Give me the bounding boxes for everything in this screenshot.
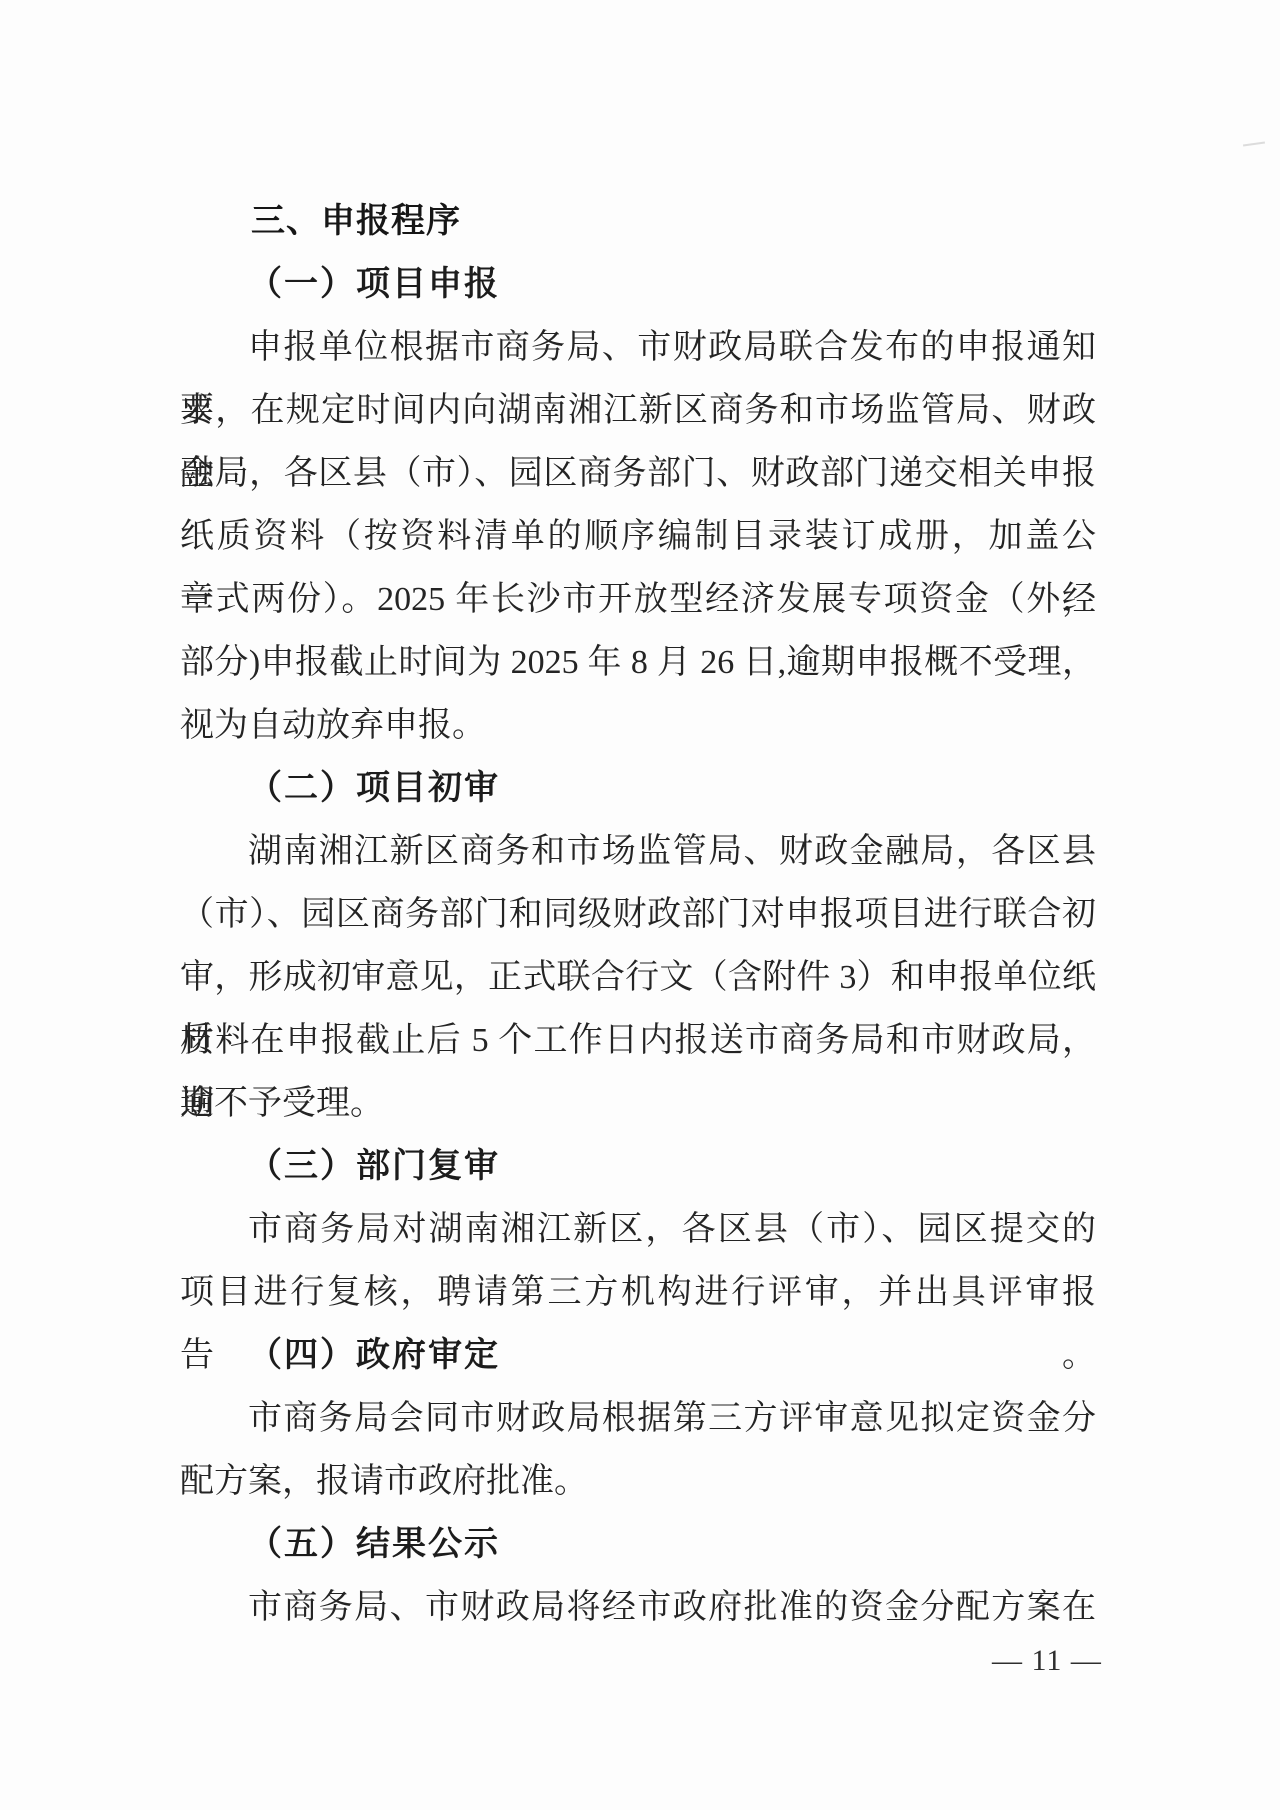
body-text-line: 视为自动放弃申报。: [180, 694, 1096, 757]
subsection-heading-2: （二）项目初审: [180, 757, 1096, 820]
body-text-line: 市商务局会同市财政局根据第三方评审意见拟定资金分: [180, 1387, 1096, 1450]
body-text-line: 湖南湘江新区商务和市场监管局、财政金融局，各区县: [180, 820, 1096, 883]
subsection-heading-3: （三）部门复审: [180, 1135, 1096, 1198]
body-text-line: 一式两份）。2025 年长沙市开放型经济发展专项资金（外经: [180, 568, 1096, 631]
body-text-line: 融局，各区县（市）、园区商务部门、财政部门递交相关申报: [180, 442, 1096, 505]
document-page: 三、申报程序 （一）项目申报 申报单位根据市商务局、市财政局联合发布的申报通知要…: [0, 0, 1280, 1810]
body-text-line: 申报单位根据市商务局、市财政局联合发布的申报通知要: [180, 316, 1096, 379]
body-text-line: 市商务局、市财政局将经市政府批准的资金分配方案在: [180, 1576, 1096, 1639]
page-number: — 11 —: [992, 1643, 1102, 1679]
body-text-line: 项目进行复核，聘请第三方机构进行评审，并出具评审报告。: [180, 1261, 1096, 1324]
subsection-heading-1: （一）项目申报: [180, 253, 1096, 316]
body-text-line: 部分)申报截止时间为 2025 年 8 月 26 日,逾期申报概不受理，: [180, 631, 1096, 694]
body-text-line: 期不予受理。: [180, 1072, 1096, 1135]
body-text-line: 市商务局对湖南湘江新区，各区县（市）、园区提交的: [180, 1198, 1096, 1261]
body-text-line: 纸质资料（按资料清单的顺序编制目录装订成册，加盖公章，: [180, 505, 1096, 568]
scan-artifact: [1243, 141, 1265, 146]
body-text-line: （市）、园区商务部门和同级财政部门对申报项目进行联合初: [180, 883, 1096, 946]
section-heading: 三、申报程序: [180, 190, 1096, 253]
body-text-line: 材料在申报截止后 5 个工作日内报送市商务局和市财政局，逾: [180, 1009, 1096, 1072]
document-content: 三、申报程序 （一）项目申报 申报单位根据市商务局、市财政局联合发布的申报通知要…: [180, 190, 1096, 1639]
body-text-line: 审，形成初审意见，正式联合行文（含附件 3）和申报单位纸质: [180, 946, 1096, 1009]
subsection-heading-5: （五）结果公示: [180, 1513, 1096, 1576]
body-text-line: 配方案，报请市政府批准。: [180, 1450, 1096, 1513]
body-text-line: 求，在规定时间内向湖南湘江新区商务和市场监管局、财政金: [180, 379, 1096, 442]
